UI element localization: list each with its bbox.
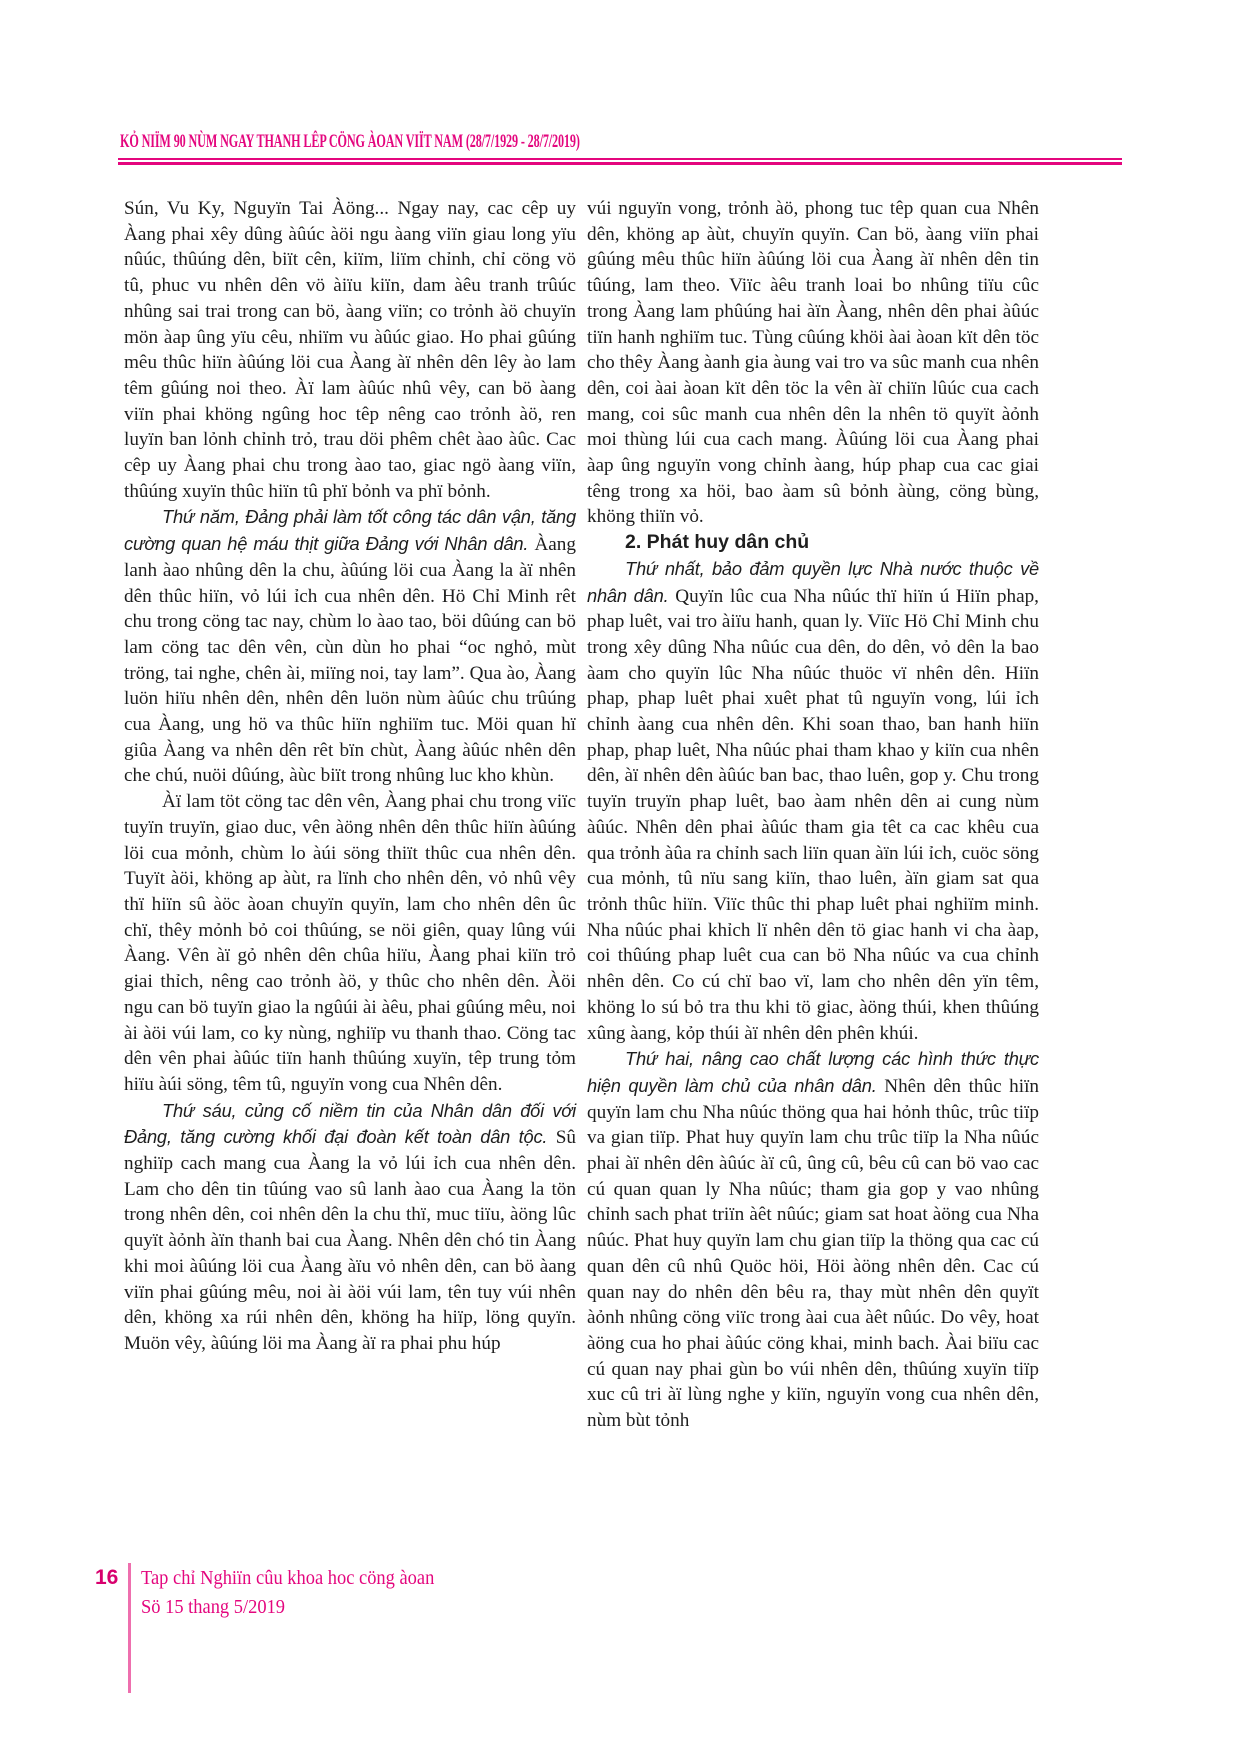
paragraph: Thứ sáu, củng cố niềm tin của Nhân dân đ… bbox=[124, 1098, 576, 1357]
header-rule-thin bbox=[118, 158, 1122, 160]
column-left: Sún, Vu Ky, Nguyïn Tai Àöng... Ngay nay,… bbox=[124, 196, 576, 1434]
footer-journal-info: Tap chỉ Nghiïn cûu khoa hoc cöng àoan Sö… bbox=[141, 1564, 434, 1621]
paragraph-lead-italic: Thứ hai, nâng cao chất lượng các hình th… bbox=[587, 1048, 1039, 1096]
footer-page-number: 16 bbox=[95, 1566, 118, 1590]
footer-issue: Sö 15 thang 5/2019 bbox=[141, 1593, 434, 1622]
section-heading: 2. Phát huy dân chủ bbox=[587, 530, 1039, 556]
paragraph: Thứ nhất, bảo đảm quyền lực Nhà nước thu… bbox=[587, 556, 1039, 1046]
paragraph: Àï lam töt cöng tac dên vên, Àang phai c… bbox=[124, 789, 576, 1097]
paragraph: vúi nguyïn vong, trỏnh àö, phong tuc têp… bbox=[587, 196, 1039, 530]
paragraph: Sún, Vu Ky, Nguyïn Tai Àöng... Ngay nay,… bbox=[124, 196, 576, 504]
footer-journal-name: Tap chỉ Nghiïn cûu khoa hoc cöng àoan bbox=[141, 1564, 434, 1593]
paragraph-lead-italic: Thứ nhất, bảo đảm quyền lực Nhà nước thu… bbox=[587, 558, 1039, 606]
paragraph: Thứ hai, nâng cao chất lượng các hình th… bbox=[587, 1046, 1039, 1434]
column-right: vúi nguyïn vong, trỏnh àö, phong tuc têp… bbox=[587, 196, 1039, 1434]
header-rule-thick bbox=[118, 162, 1122, 165]
paragraph-lead-italic: Thứ năm, Đảng phải làm tốt công tác dân … bbox=[124, 506, 576, 554]
journal-page: KỎ NIÏM 90 NÙM NGAY THANH LÊP CÖNG ÀOAN … bbox=[0, 0, 1240, 1753]
article-body: Sún, Vu Ky, Nguyïn Tai Àöng... Ngay nay,… bbox=[124, 196, 1040, 1434]
paragraph-lead-italic: Thứ sáu, củng cố niềm tin của Nhân dân đ… bbox=[124, 1100, 576, 1148]
running-head-title: KỎ NIÏM 90 NÙM NGAY THANH LÊP CÖNG ÀOAN … bbox=[120, 131, 580, 153]
paragraph: Thứ năm, Đảng phải làm tốt công tác dân … bbox=[124, 504, 576, 789]
footer-divider-bar bbox=[128, 1563, 131, 1693]
